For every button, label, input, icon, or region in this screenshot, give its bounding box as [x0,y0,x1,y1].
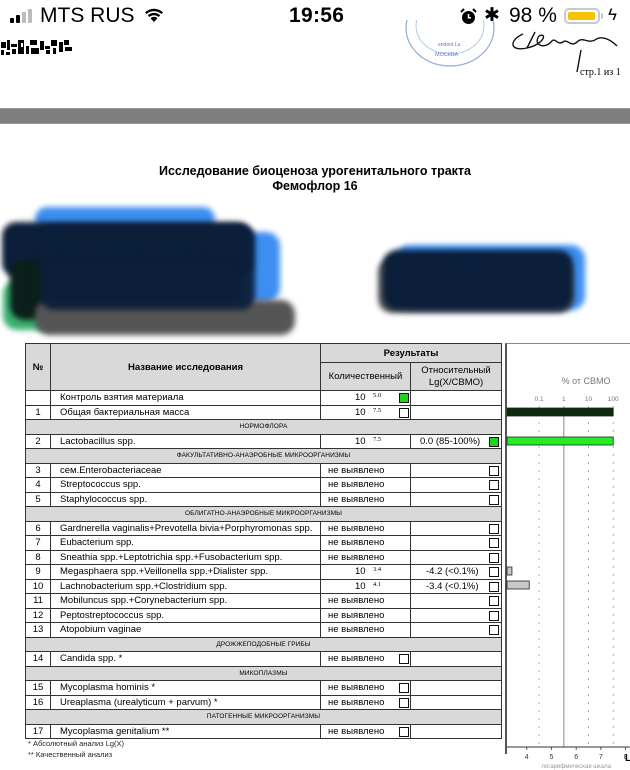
qty-text: не выявлено [328,522,384,535]
status-indicator-empty [489,582,499,592]
test-name: Peptostreptococcus spp. [51,608,321,623]
table-row: 6Gardnerella vaginalis+Prevotella bivia+… [26,521,502,536]
report-subtitle: Фемофлор 16 [0,179,630,193]
relative-cell [411,695,502,710]
row-number: 13 [26,623,51,638]
qty-base: 10 [355,391,366,404]
qty-text: не выявлено [328,623,384,636]
qty-text: не выявлено [328,493,384,506]
test-name: Candida spp. * [51,652,321,667]
header-quantitative: Количественный [321,363,411,391]
svg-text:endent La: endent La [438,42,460,48]
relative-value: 0.0 (85-100%) [420,435,480,448]
results-table: № Название исследования Результаты Колич… [25,343,502,739]
qty-text: не выявлено [328,464,384,477]
quantitative-cell: не выявлено [321,724,411,739]
header-relative: Относительный Lg(X/СВМО) [411,363,502,391]
qty-base: 10 [355,435,366,448]
table-row: 3сем.Enterobacteriaceaeне выявлено [26,463,502,478]
quantitative-cell: 104.1 [321,579,411,594]
row-number: 9 [26,565,51,580]
qty-text: не выявлено [328,478,384,491]
quantitative-cell: не выявлено [321,681,411,696]
relative-cell [411,521,502,536]
svmo-chart-canvas: % от СВМО0.111010045678логарифмическая ш… [505,343,630,770]
section-row: ДРОЖЖЕПОДОБНЫЕ ГРИБЫ [26,637,502,652]
relative-cell [411,492,502,507]
table-row: 9Megasphaera spp.+Veillonella spp.+Diali… [26,565,502,580]
section-row: ФАКУЛЬТАТИВНО-АНАЭРОБНЫЕ МИКРООРГАНИЗМЫ [26,449,502,464]
status-indicator-empty [489,524,499,534]
qty-text: не выявлено [328,551,384,564]
status-indicator-empty [489,625,499,635]
quantitative-cell: не выявлено [321,492,411,507]
relative-cell: 0.0 (85-100%) [411,434,502,449]
table-row: 14Candida spp. *не выявлено [26,652,502,667]
qty-base: 10 [355,580,366,593]
quantitative-cell: не выявлено [321,695,411,710]
stamp: endent La МОСКВА [405,20,495,72]
row-number: 16 [26,695,51,710]
relative-cell [411,391,502,406]
quantitative-cell: не выявлено [321,463,411,478]
section-row: НОРМОФЛОРА [26,420,502,435]
table-row: 2Lactobacillus spp.107.50.0 (85-100%) [26,434,502,449]
report-title: Исследование биоценоза урогенитального т… [0,164,630,178]
axis-extra-label: L [625,753,630,764]
top-axis-tick: 0.1 [535,396,544,403]
test-name: Mycoplasma hominis * [51,681,321,696]
bottom-axis-tick: 5 [550,754,554,761]
relative-cell: -4.2 (<0.1%) [411,565,502,580]
section-label: ДРОЖЖЕПОДОБНЫЕ ГРИБЫ [26,637,502,652]
section-row: МИКОПЛАЗМЫ [26,666,502,681]
test-name: сем.Enterobacteriaceae [51,463,321,478]
table-row: 15Mycoplasma hominis *не выявлено [26,681,502,696]
table-row: 16Ureaplasma (urealyticum + parvum) *не … [26,695,502,710]
table-row: 7Eubacterium spp.не выявлено [26,536,502,551]
relative-cell [411,623,502,638]
relative-cell [411,478,502,493]
row-number: 3 [26,463,51,478]
qty-base: 10 [355,406,366,419]
row-number: 2 [26,434,51,449]
bottom-axis-tick: 7 [599,754,603,761]
chart-bar [507,437,613,445]
signal-icon [10,9,32,23]
patient-name: САВИЦКАЯ МАРИЯ КОНСТАНТИНОВНА [26,242,213,253]
chart-title: % от СВМО [562,376,611,386]
status-indicator-empty [489,611,499,621]
table-row: 10Lachnobacterium spp.+Clostridium spp.1… [26,579,502,594]
qty-text: не выявлено [328,652,384,665]
page-separator [0,108,630,124]
chart-bar [507,408,613,416]
table-row: Контроль взятия материала105.0 [26,391,502,406]
status-indicator-empty [399,654,409,664]
top-axis-tick: 100 [608,396,619,403]
header-test-name: Название исследования [51,344,321,391]
svg-text:МОСКВА: МОСКВА [435,52,459,58]
qty-text: не выявлено [328,696,384,709]
status-indicator-empty [399,683,409,693]
top-axis-tick: 1 [562,396,566,403]
qty-exponent: 3.4 [373,565,381,577]
table-row: 11Mobiluncus spp.+Corynebacterium spp.не… [26,594,502,609]
results-table-body: Контроль взятия материала105.01Общая бак… [26,391,502,739]
status-indicator-empty [489,596,499,606]
quantitative-cell: не выявлено [321,550,411,565]
quantitative-cell: не выявлено [321,623,411,638]
qty-exponent: 5.0 [373,391,381,403]
status-indicator-empty [399,698,409,708]
header-results: Результаты [321,344,502,363]
row-number: 10 [26,579,51,594]
quantitative-cell: не выявлено [321,536,411,551]
quantitative-cell: не выявлено [321,478,411,493]
qty-exponent: 7.5 [373,405,381,417]
relative-cell [411,536,502,551]
section-label: НОРМОФЛОРА [26,420,502,435]
status-indicator-empty [399,408,409,418]
quantitative-cell: 103.4 [321,565,411,580]
status-indicator-empty [399,727,409,737]
row-number: 1 [26,405,51,420]
quantitative-cell: 107.5 [321,434,411,449]
table-row: 12Peptostreptococcus spp.не выявлено [26,608,502,623]
qty-exponent: 4.1 [373,579,381,591]
section-label: ОБЛИГАТНО-АНАЭРОБНЫЕ МИКРООРГАНИЗМЫ [26,507,502,522]
row-number: 12 [26,608,51,623]
header-number: № [26,344,51,391]
test-name: Gardnerella vaginalis+Prevotella bivia+P… [51,521,321,536]
test-name: Mobiluncus spp.+Corynebacterium spp. [51,594,321,609]
status-indicator-empty [489,480,499,490]
qty-text: не выявлено [328,681,384,694]
qty-text: не выявлено [328,594,384,607]
qty-text: не выявлено [328,609,384,622]
row-number: 5 [26,492,51,507]
footnote-qualitative: ** Качественный анализ [28,750,112,759]
test-name: Staphylococcus spp. [51,492,321,507]
chart-bar [507,581,529,589]
test-name: Mycoplasma genitalium ** [51,724,321,739]
header-relative-line1: Относительный [421,365,490,376]
quantitative-cell: 107.5 [321,405,411,420]
row-number: 8 [26,550,51,565]
status-indicator-empty [489,495,499,505]
chart-bar [507,567,512,575]
table-row: 17Mycoplasma genitalium **не выявлено [26,724,502,739]
relative-cell [411,724,502,739]
table-row: 4Streptococcus spp.не выявлено [26,478,502,493]
section-row: ОБЛИГАТНО-АНАЭРОБНЫЕ МИКРООРГАНИЗМЫ [26,507,502,522]
test-name: Lachnobacterium spp.+Clostridium spp. [51,579,321,594]
carrier-name: MTS RUS [40,4,135,28]
status-indicator-empty [489,538,499,548]
qty-text: не выявлено [328,725,384,738]
relative-cell [411,652,502,667]
lab-address: 308000, Белгород, ул. Щорса, д. 38А [400,276,561,287]
wifi-icon [143,6,165,23]
test-name: Atopobium vaginae [51,623,321,638]
quantitative-cell: 105.0 [321,391,411,406]
battery-icon [564,8,600,24]
footnote-absolute: * Абсолютный анализ Lg(X) [28,739,124,748]
row-number: 4 [26,478,51,493]
relative-cell [411,405,502,420]
test-name: Sneathia spp.+Leptotrichia spp.+Fusobact… [51,550,321,565]
relative-cell [411,608,502,623]
row-number: 6 [26,521,51,536]
test-name: Megasphaera spp.+Veillonella spp.+Dialis… [51,565,321,580]
relative-value: -3.4 (<0.1%) [426,580,479,593]
qty-text: не выявлено [328,536,384,549]
relative-cell: -3.4 (<0.1%) [411,579,502,594]
clock: 19:56 [289,4,344,28]
row-number: 14 [26,652,51,667]
page-number: стр.1 из 1 [580,67,621,78]
row-number: 7 [26,536,51,551]
test-name: Lactobacillus spp. [51,434,321,449]
top-axis-tick: 10 [585,396,593,403]
test-name: Eubacterium spp. [51,536,321,551]
lab-name: ООО "ПРОМЕДИКА" [400,253,495,264]
table-row: 8Sneathia spp.+Leptotrichia spp.+Fusobac… [26,550,502,565]
table-row: 1Общая бактериальная масса107.5 [26,405,502,420]
section-label: МИКОПЛАЗМЫ [26,666,502,681]
relative-cell [411,463,502,478]
row-number: 15 [26,681,51,696]
header-relative-line2: Lg(X/СВМО) [429,377,483,388]
row-number: 11 [26,594,51,609]
bottom-axis-tick: 6 [574,754,578,761]
test-name: Ureaplasma (urealyticum + parvum) * [51,695,321,710]
section-label: ФАКУЛЬТАТИВНО-АНАЭРОБНЫЕ МИКРООРГАНИЗМЫ [26,449,502,464]
status-indicator-empty [489,466,499,476]
qty-base: 10 [355,565,366,578]
test-name: Streptococcus spp. [51,478,321,493]
status-indicator-green [489,437,499,447]
quantitative-cell: не выявлено [321,521,411,536]
table-row: 5Staphylococcus spp.не выявлено [26,492,502,507]
table-row: 13Atopobium vaginaeне выявлено [26,623,502,638]
section-label: ПАТОГЕННЫЕ МИКРООРГАНИЗМЫ [26,710,502,725]
relative-cell [411,594,502,609]
quantitative-cell: не выявлено [321,594,411,609]
test-name: Контроль взятия материала [51,391,321,406]
status-indicator-green [399,393,409,403]
row-number [26,391,51,406]
svmo-chart: % от СВМО0.111010045678логарифмическая ш… [505,343,630,754]
relative-cell [411,550,502,565]
section-row: ПАТОГЕННЫЕ МИКРООРГАНИЗМЫ [26,710,502,725]
status-indicator-empty [489,567,499,577]
bottom-axis-label: логарифмическая шкала [541,764,611,770]
qty-exponent: 7.5 [373,434,381,446]
row-number: 17 [26,724,51,739]
relative-cell [411,681,502,696]
bottom-axis-tick: 4 [525,754,529,761]
test-name: Общая бактериальная масса [51,405,321,420]
quantitative-cell: не выявлено [321,652,411,667]
qr-code-icon [1,38,73,56]
battery-tip [601,13,603,19]
quantitative-cell: не выявлено [321,608,411,623]
relative-value: -4.2 (<0.1%) [426,565,479,578]
charging-bolt-icon: ϟ [608,5,617,25]
status-indicator-empty [489,553,499,563]
